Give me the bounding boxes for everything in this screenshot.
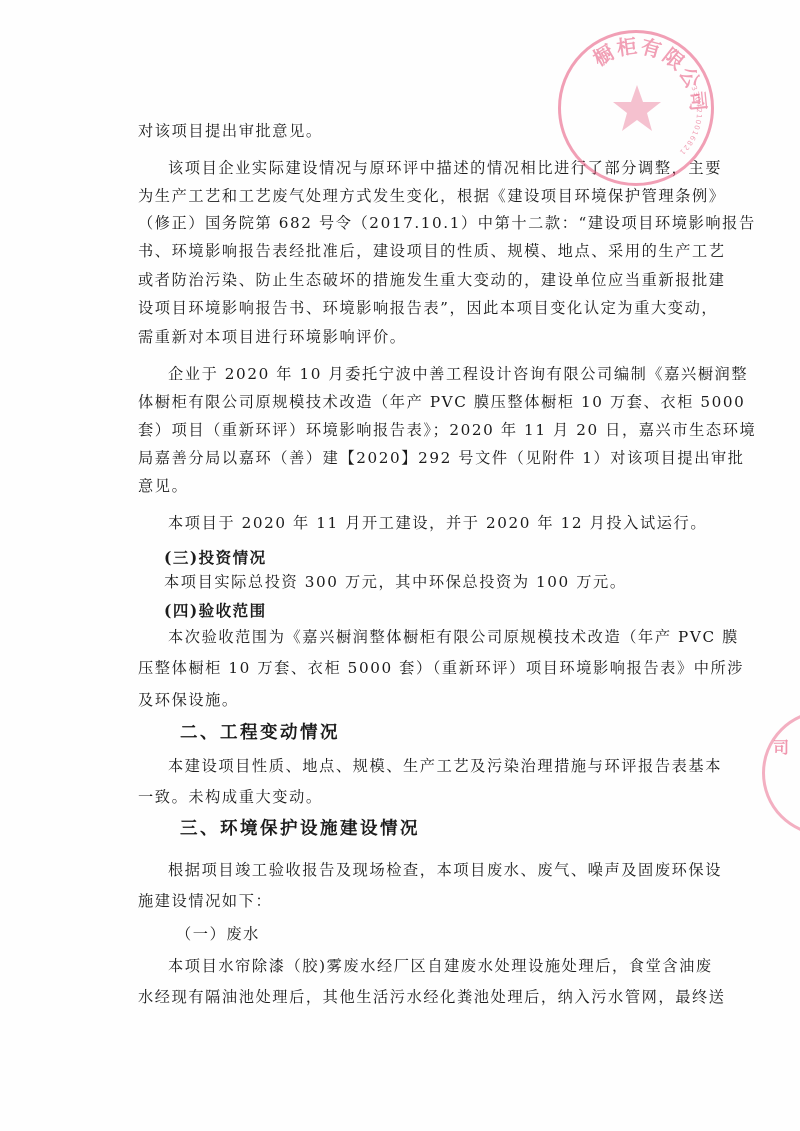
text-line: 意见。 — [138, 476, 188, 496]
text-line: 压整体橱柜 10 万套、衣柜 5000 套）（重新环评）项目环境影响报告表》中所… — [138, 658, 686, 678]
text-line: （修正）国务院第 682 号令（2017.10.1）中第十二款：“建设项目环境影… — [138, 213, 686, 233]
document-page: 对该项目提出审批意见。 该项目企业实际建设情况与原环评中描述的情况相比进行了部分… — [0, 0, 800, 1131]
text-line: 本项目于 2020 年 11 月开工建设，并于 2020 年 12 月投入试运行… — [168, 513, 707, 533]
text-line: 本项目实际总投资 300 万元，其中环保总投资为 100 万元。 — [164, 572, 627, 592]
star-icon — [611, 83, 663, 135]
text-line: 对该项目提出审批意见。 — [138, 121, 323, 141]
text-line: 本建设项目性质、地点、规模、生产工艺及污染治理措施与环评报告表基本 — [168, 756, 686, 776]
text-line: 为生产工艺和工艺废气处理方式发生变化，根据《建设项目环境保护管理条例》 — [138, 186, 686, 206]
section-heading-changes: 二、工程变动情况 — [180, 722, 340, 744]
text-line: 该项目企业实际建设情况与原环评中描述的情况相比进行了部分调整，主要 — [168, 158, 686, 178]
text-line: 需重新对本项目进行环境影响评价。 — [138, 327, 407, 347]
edge-seal-stamp: 司 — [762, 710, 800, 836]
text-line: 体橱柜有限公司原规模技术改造（年产 PVC 膜压整体橱柜 10 万套、衣柜 50… — [138, 392, 686, 412]
text-line: 或者防治污染、防止生态破坏的措施发生重大变动的，建设单位应当重新报批建 — [138, 270, 686, 290]
section-heading-scope: (四)验收范围 — [164, 600, 267, 622]
text-line: 本项目水帘除漆（胶)雾废水经厂区自建废水处理设施处理后，食堂含油废 — [168, 956, 686, 976]
text-line: 本次验收范围为《嘉兴橱润整体橱柜有限公司原规模技术改造（年产 PVC 膜 — [168, 627, 686, 647]
text-line: 局嘉善分局以嘉环（善）建【2020】292 号文件（见附件 1）对该项目提出审批 — [138, 448, 686, 468]
section-heading-investment: (三)投资情况 — [164, 547, 267, 569]
text-line: 根据项目竣工验收报告及现场检查，本项目废水、废气、噪声及固废环保设 — [168, 860, 686, 880]
edge-stamp-text: 司 — [773, 735, 789, 758]
text-line: 书、环境影响报告表经批准后，建设项目的性质、规模、地点、采用的生产工艺 — [138, 241, 686, 261]
svg-text:3304210016821: 3304210016821 — [677, 85, 703, 157]
text-line: 设项目环境影响报告书、环境影响报告表”，因此本项目变化认定为重大变动， — [138, 298, 686, 318]
text-line: 水经现有隔油池处理后，其他生活污水经化粪池处理后，纳入污水管网，最终送 — [138, 987, 686, 1007]
section-heading-facilities: 三、环境保护设施建设情况 — [180, 818, 420, 840]
section-heading-wastewater: （一）废水 — [176, 924, 260, 944]
svg-text:橱柜有限公司: 橱柜有限公司 — [589, 33, 711, 114]
text-line: 及环保设施。 — [138, 690, 239, 710]
text-line: 施建设情况如下： — [138, 891, 272, 911]
text-line: 套）项目（重新环评）环境影响报告表》；2020 年 11 月 20 日，嘉兴市生… — [138, 420, 686, 440]
text-line: 企业于 2020 年 10 月委托宁波中善工程设计咨询有限公司编制《嘉兴橱润整 — [168, 364, 686, 384]
text-line: 一致。未构成重大变动。 — [138, 787, 323, 807]
